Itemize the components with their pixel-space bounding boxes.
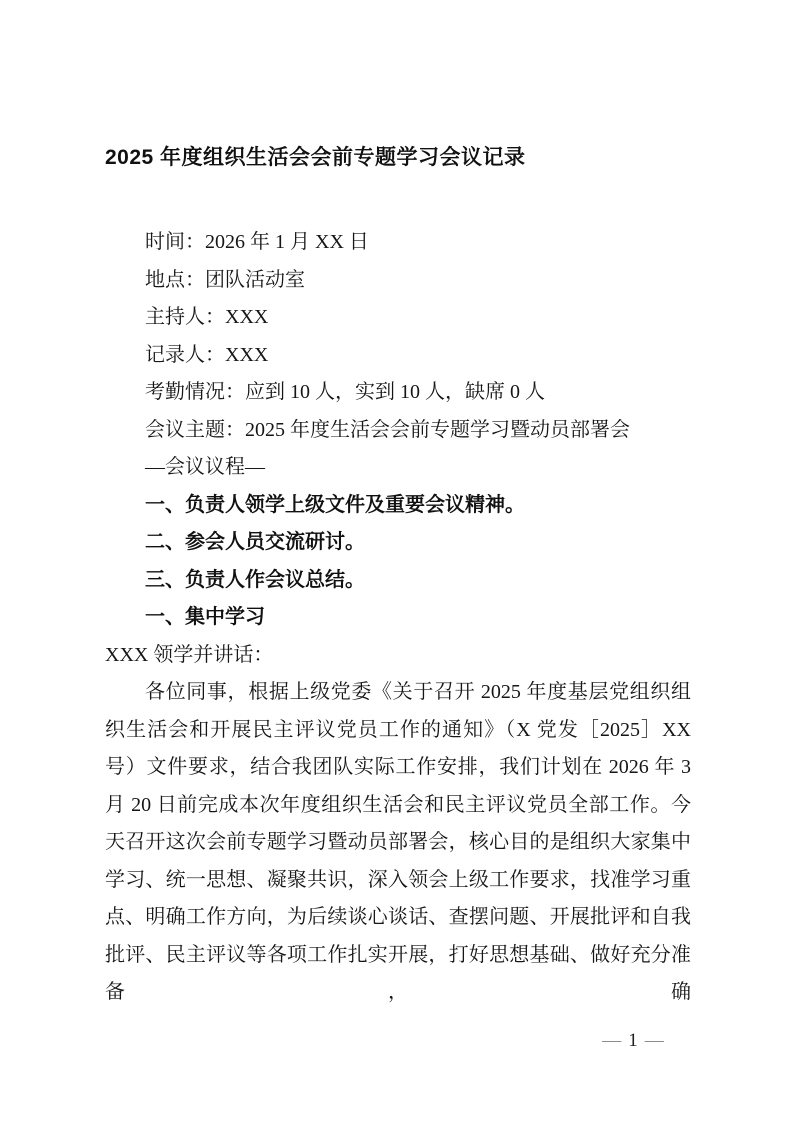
- footer-dash-left: —: [602, 1030, 621, 1051]
- meta-line-attendance: 考勤情况：应到 10 人，实到 10 人，缺席 0 人: [105, 374, 691, 412]
- document-title: 2025 年度组织生活会会前专题学习会议记录: [105, 143, 691, 173]
- document-content: 2025 年度组织生活会会前专题学习会议记录 时间：2026 年 1 月 XX …: [105, 143, 691, 1012]
- body-paragraph: 各位同事，根据上级党委《关于召开 2025 年度基层党组织组织生活会和开展民主评…: [105, 674, 691, 1012]
- agenda-item-1: 一、负责人领学上级文件及重要会议精神。: [105, 487, 691, 525]
- speaker-line: XXX 领学并讲话：: [105, 637, 691, 675]
- meta-line-recorder: 记录人：XXX: [105, 337, 691, 375]
- page-footer: —1—: [573, 1026, 693, 1056]
- agenda-item-3: 三、负责人作会议总结。: [105, 562, 691, 600]
- meta-line-host: 主持人：XXX: [105, 299, 691, 337]
- section-heading-study: 一、集中学习: [105, 599, 691, 637]
- footer-dash-right: —: [645, 1030, 664, 1051]
- document-page: 2025 年度组织生活会会前专题学习会议记录 时间：2026 年 1 月 XX …: [0, 0, 793, 1122]
- agenda-item-2: 二、参会人员交流研讨。: [105, 524, 691, 562]
- meta-line-time: 时间：2026 年 1 月 XX 日: [105, 224, 691, 262]
- page-number: 1: [628, 1030, 638, 1051]
- agenda-header: —会议议程—: [105, 449, 691, 487]
- meta-line-topic: 会议主题：2025 年度生活会会前专题学习暨动员部署会: [105, 412, 691, 450]
- meta-line-location: 地点：团队活动室: [105, 262, 691, 300]
